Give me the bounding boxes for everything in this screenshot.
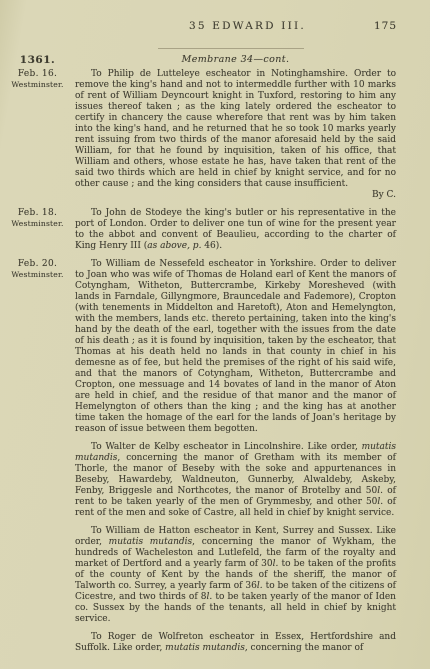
- entry-paragraph: To Walter de Kelby escheator in Lincolns…: [75, 442, 396, 519]
- entry-paragraph: To Roger de Wolfreton escheator in Essex…: [75, 632, 396, 654]
- entry-paragraph: To William de Nessefeld escheator in Yor…: [75, 259, 396, 435]
- calendar-entry: Feb. 16. Westminster. To Philip de Lutte…: [0, 69, 430, 201]
- page-header: 35 EDWARD III. 175: [0, 20, 430, 34]
- page-number: 175: [374, 20, 397, 32]
- header-divider-rule: [158, 48, 304, 49]
- entry-body: To Walter de Kelby escheator in Lincolns…: [75, 442, 430, 519]
- margin-column: 1361.: [0, 54, 75, 66]
- entry-body: To Philip de Lutteleye escheator in Noti…: [75, 69, 430, 201]
- scanned-page: 35 EDWARD III. 175 1361. Membrane 34—con…: [0, 0, 430, 669]
- entry-date: Feb. 20.: [0, 259, 75, 270]
- margin-column: Feb. 18. Westminster.: [0, 208, 75, 252]
- calendar-entry: To Roger de Wolfreton escheator in Essex…: [0, 632, 430, 654]
- calendar-entry: To William de Hatton escheator in Kent, …: [0, 526, 430, 625]
- entry-paragraph: To Philip de Lutteleye escheator in Noti…: [75, 69, 396, 190]
- margin-column: [0, 632, 75, 654]
- membrane-heading: Membrane 34—cont.: [75, 54, 430, 66]
- membrane-heading-row: 1361. Membrane 34—cont.: [0, 54, 430, 66]
- calendar-entry: To Walter de Kelby escheator in Lincolns…: [0, 442, 430, 519]
- entry-body: To William de Nessefeld escheator in Yor…: [75, 259, 430, 435]
- entry-place: Westminster.: [0, 219, 75, 228]
- margin-column: Feb. 20. Westminster.: [0, 259, 75, 435]
- running-title: 35 EDWARD III.: [189, 20, 306, 32]
- entry-signoff: By C.: [75, 190, 396, 201]
- entry-date: Feb. 18.: [0, 208, 75, 219]
- entry-body: To John de Stodeye the king's butler or …: [75, 208, 430, 252]
- entry-paragraph: To John de Stodeye the king's butler or …: [75, 208, 396, 252]
- entry-place: Westminster.: [0, 270, 75, 279]
- year-label: 1361.: [0, 54, 75, 66]
- calendar-entry: Feb. 20. Westminster. To William de Ness…: [0, 259, 430, 435]
- margin-column: [0, 442, 75, 519]
- entry-date: Feb. 16.: [0, 69, 75, 80]
- entry-body: To William de Hatton escheator in Kent, …: [75, 526, 430, 625]
- entry-paragraph: To William de Hatton escheator in Kent, …: [75, 526, 396, 625]
- margin-column: [0, 526, 75, 625]
- entry-place: Westminster.: [0, 80, 75, 89]
- calendar-entry: Feb. 18. Westminster. To John de Stodeye…: [0, 208, 430, 252]
- entry-body: To Roger de Wolfreton escheator in Essex…: [75, 632, 430, 654]
- margin-column: Feb. 16. Westminster.: [0, 69, 75, 201]
- page-content: 1361. Membrane 34—cont. Feb. 16. Westmin…: [0, 54, 430, 661]
